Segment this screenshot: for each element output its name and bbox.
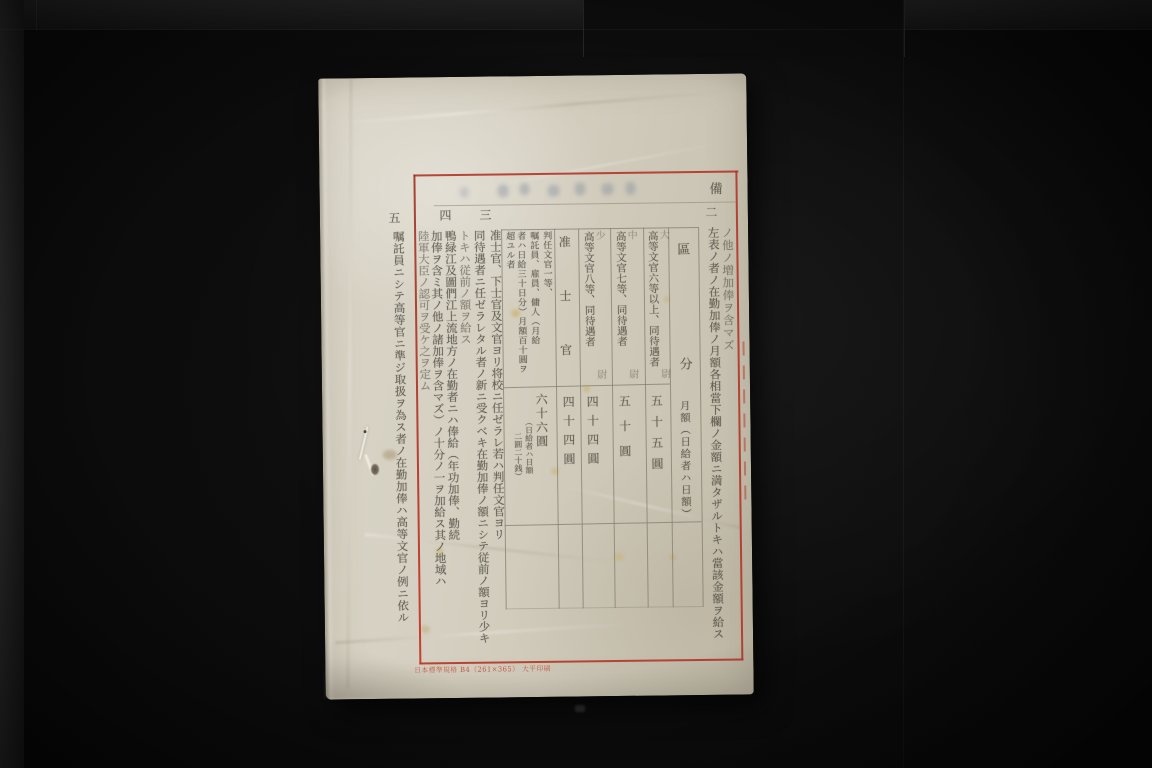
photo-vignette bbox=[0, 0, 1152, 768]
